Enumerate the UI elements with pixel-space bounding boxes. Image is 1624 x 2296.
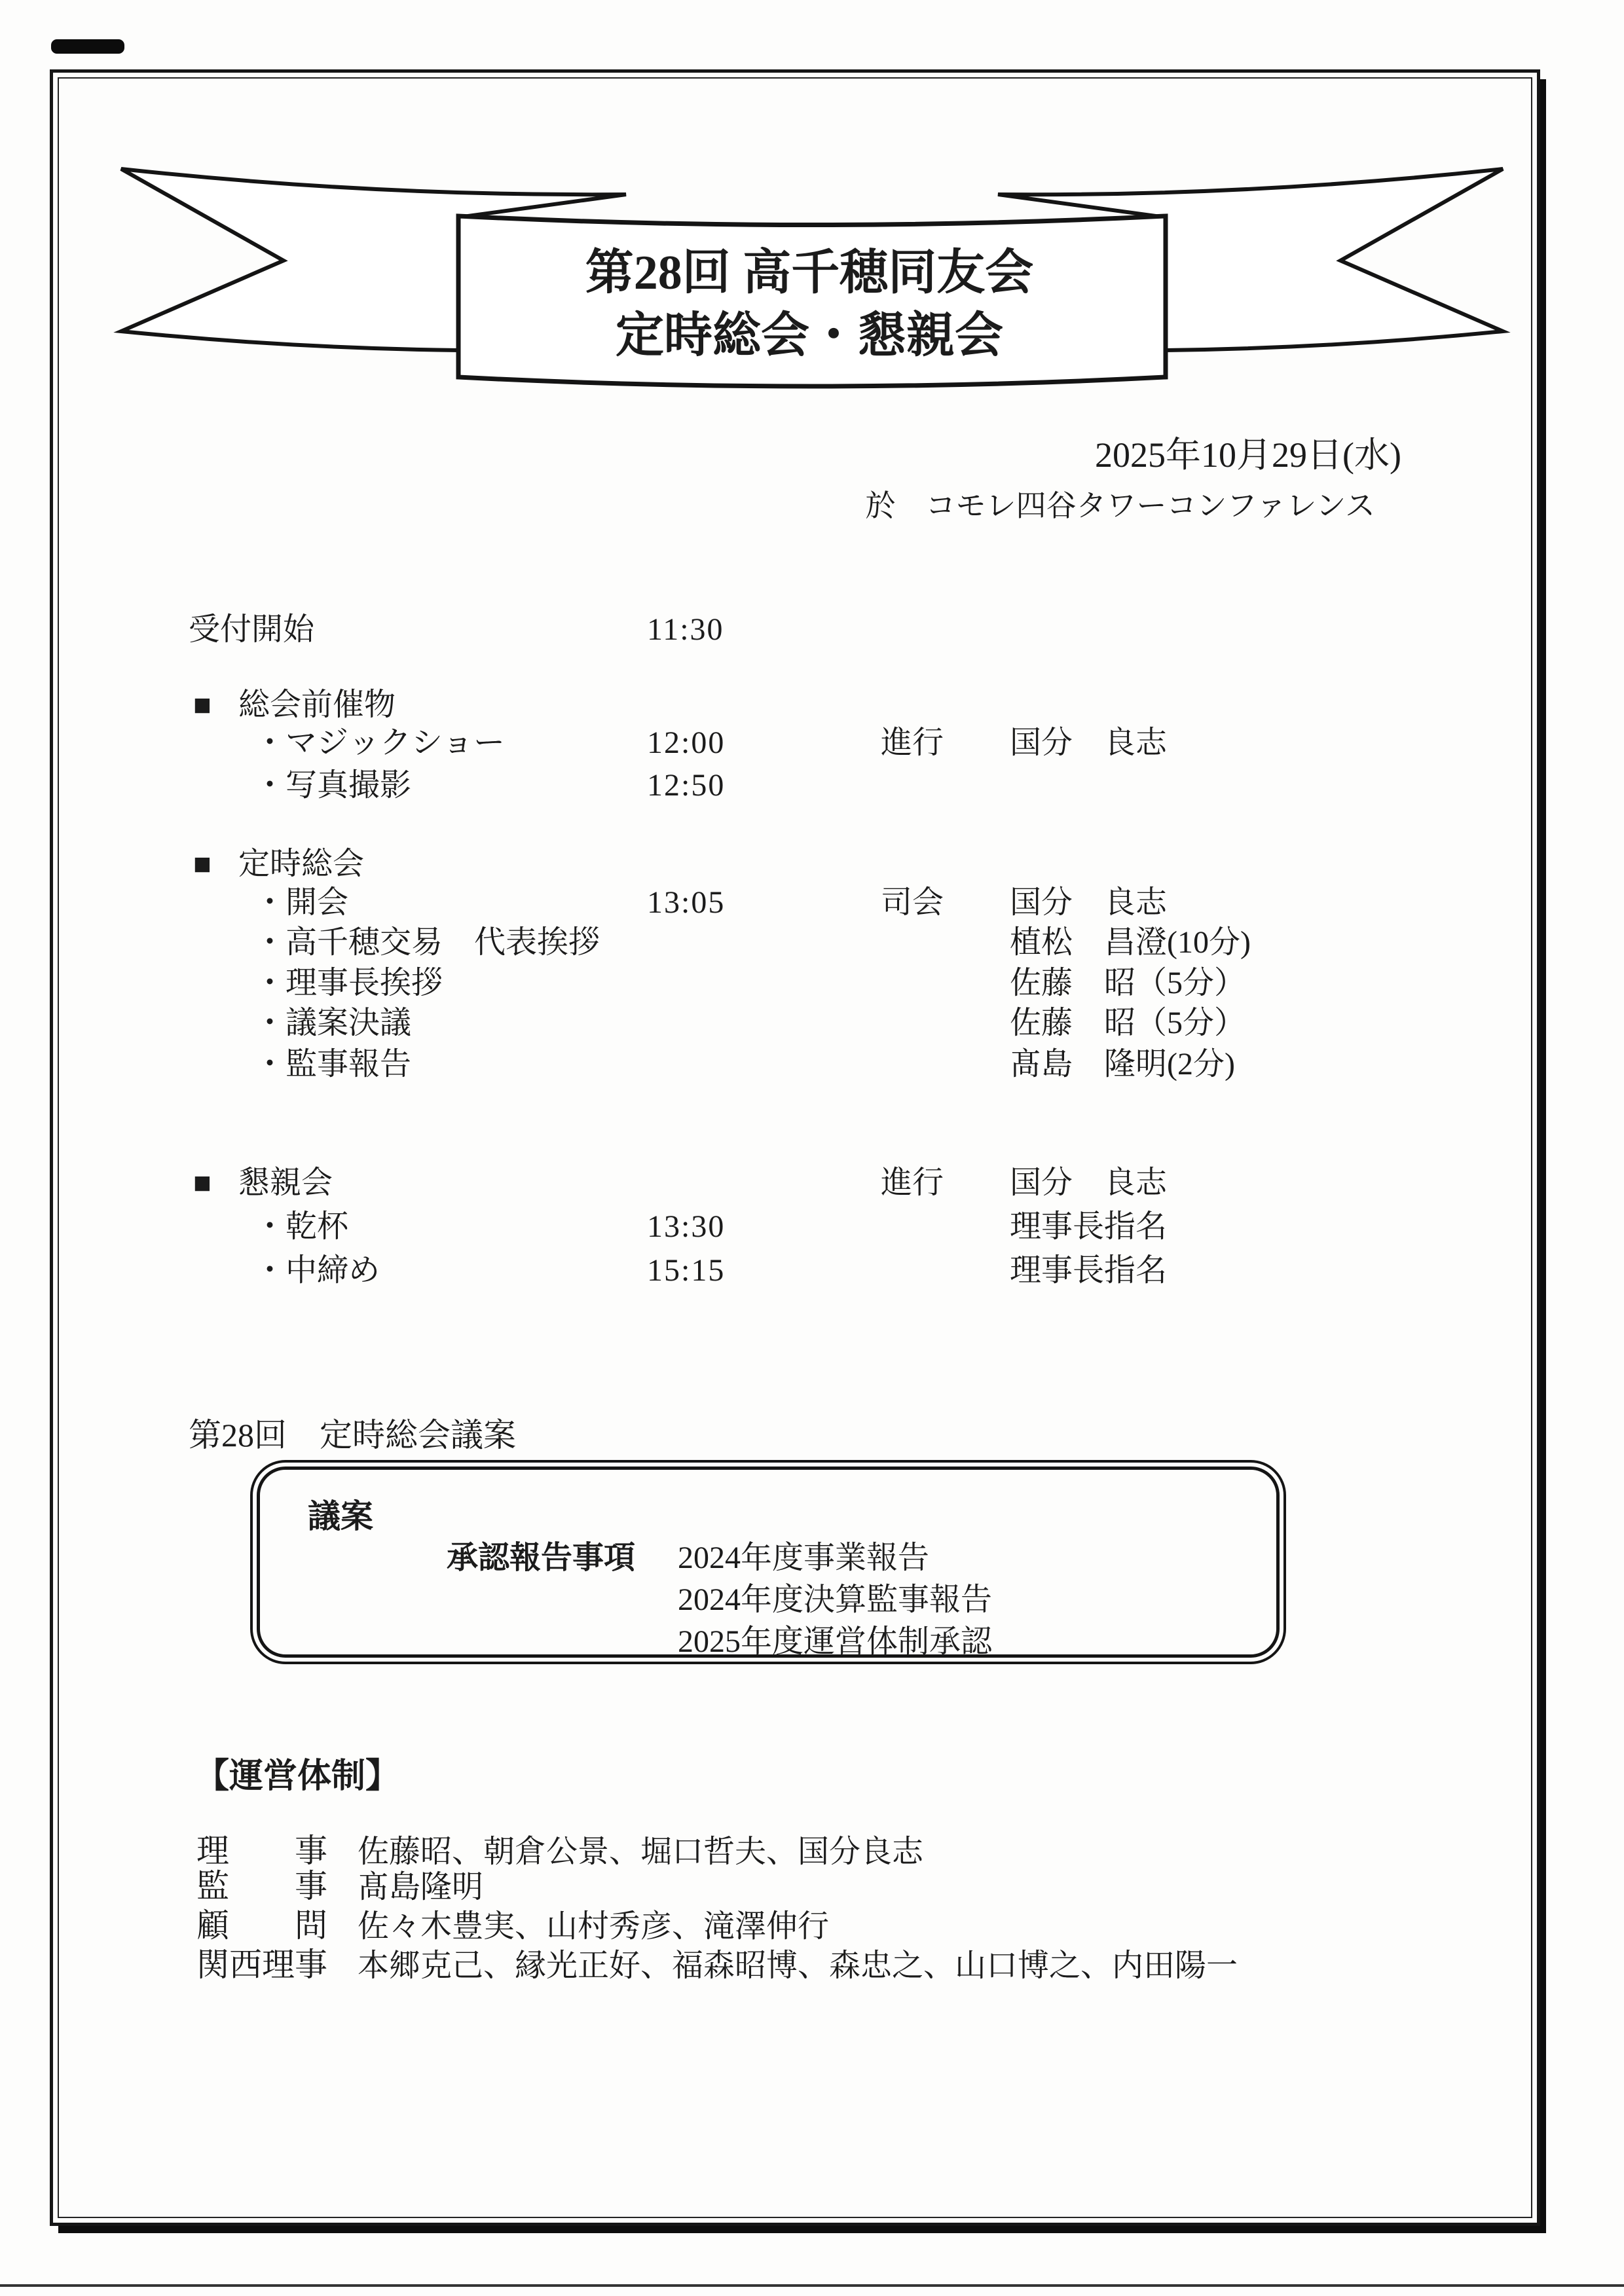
row-time: 12:00 <box>647 723 725 763</box>
row-name: 国分 良志 <box>1010 1163 1167 1203</box>
schedule-section-pre-meeting: ■ 総会前催物 <box>189 685 1472 726</box>
row-label: ・高千穂交易 代表挨拶 <box>254 923 600 962</box>
schedule-row-auditor-report: ・監事報告 髙島 隆明(2分) <box>189 1045 1472 1085</box>
schedule-row-chairman-greeting: ・理事長挨拶 佐藤 昭（5分） <box>189 964 1472 1004</box>
ribbon-banner <box>0 0 1624 458</box>
section-square-icon: ■ <box>193 845 212 884</box>
schedule-row-rep-greeting: ・高千穂交易 代表挨拶 植松 昌澄(10分) <box>189 923 1472 964</box>
row-time: 12:50 <box>647 766 725 805</box>
org-role-label: 監 事 <box>196 1867 327 1905</box>
row-name: 佐藤 昭（5分） <box>1010 964 1246 1003</box>
schedule-section-general-meeting: ■ 定時総会 <box>189 845 1472 885</box>
row-role: 進行 <box>881 723 944 763</box>
schedule-row-closing: ・中締め 15:15 理事長指名 <box>189 1251 1472 1292</box>
row-role: 進行 <box>881 1163 944 1203</box>
row-name: 国分 良志 <box>1010 883 1167 922</box>
row-name: 理事長指名 <box>1010 1251 1167 1290</box>
agenda-approval-label: 承認報告事項 <box>447 1532 635 1577</box>
row-role: 司会 <box>881 883 944 922</box>
schedule-row-toast: ・乾杯 13:30 理事長指名 <box>189 1207 1472 1248</box>
org-role-label: 顧 問 <box>196 1906 327 1944</box>
org-names: 髙島隆明 <box>358 1870 483 1904</box>
row-time: 15:15 <box>647 1251 725 1290</box>
event-venue: 於 コモレ四谷タワーコンファレンス <box>707 482 1388 525</box>
row-label: 受付開始 <box>189 610 314 649</box>
org-role-label: 関西理事 <box>196 1946 327 1984</box>
section-title: 定時総会 <box>238 845 364 884</box>
schedule-section-reception-party: ■ 懇親会 進行 国分 良志 <box>189 1163 1472 1204</box>
row-time: 13:05 <box>647 883 725 922</box>
org-names: 佐々木豊実、山村秀彦、滝澤伸行 <box>358 1909 829 1944</box>
event-date: 2025年10月29日(水) <box>720 427 1401 477</box>
section-square-icon: ■ <box>193 685 212 725</box>
row-label: ・マジックショー <box>254 723 505 763</box>
row-label: ・中締め <box>254 1251 380 1290</box>
row-name: 植松 昌澄(10分) <box>1010 923 1251 962</box>
agenda-item: 2025年度運営体制承認 <box>678 1616 992 1661</box>
agenda-heading: 第28回 定時総会議案 <box>189 1409 516 1456</box>
schedule-row-magic-show: ・マジックショー 12:00 進行 国分 良志 <box>189 723 1472 764</box>
row-time: 11:30 <box>647 610 724 649</box>
row-name: 理事長指名 <box>1010 1207 1167 1247</box>
banner-title-line2: 定時総会・懇親会 <box>485 310 1134 361</box>
section-square-icon: ■ <box>193 1163 212 1203</box>
org-names: 本郷克己、縁光正好、福森昭博、森忠之、山口博之、内田陽一 <box>358 1948 1238 1983</box>
agenda-item: 2024年度事業報告 <box>678 1532 929 1577</box>
org-row-kansai-directors: 関西理事本郷克己、縁光正好、福森昭博、森忠之、山口博之、内田陽一 <box>196 1946 1506 1985</box>
row-name: 国分 良志 <box>1010 723 1167 763</box>
agenda-box-title: 議案 <box>308 1490 373 1537</box>
scan-bottom-edge-line <box>0 2284 1624 2287</box>
section-title: 懇親会 <box>238 1163 333 1203</box>
org-row-directors: 理 事佐藤昭、朝倉公景、堀口哲夫、国分良志 <box>196 1832 1506 1871</box>
row-label: ・写真撮影 <box>254 766 411 805</box>
row-label: ・理事長挨拶 <box>254 964 443 1003</box>
section-title: 総会前催物 <box>238 685 396 725</box>
schedule-row-reception: 受付開始 11:30 <box>189 610 1472 651</box>
row-label: ・議案決議 <box>254 1004 411 1043</box>
agenda-item: 2024年度決算監事報告 <box>678 1574 992 1619</box>
banner-title-line1: 第28回 高千穂同友会 <box>485 247 1134 299</box>
row-label: ・開会 <box>254 883 348 922</box>
org-row-auditor: 監 事髙島隆明 <box>196 1867 1506 1906</box>
row-name: 佐藤 昭（5分） <box>1010 1004 1246 1043</box>
row-label: ・監事報告 <box>254 1045 411 1084</box>
row-time: 13:30 <box>647 1207 725 1247</box>
schedule-row-opening: ・開会 13:05 司会 国分 良志 <box>189 883 1472 924</box>
org-row-advisors: 顧 問佐々木豊実、山村秀彦、滝澤伸行 <box>196 1906 1506 1946</box>
schedule-row-photo: ・写真撮影 12:50 <box>189 766 1472 807</box>
row-label: ・乾杯 <box>254 1207 348 1247</box>
org-role-label: 理 事 <box>196 1832 327 1870</box>
org-names: 佐藤昭、朝倉公景、堀口哲夫、国分良志 <box>358 1834 923 1869</box>
scanned-document-page: { "document": { "title_line1": "第28回 高千穂… <box>0 0 1624 2296</box>
row-name: 髙島 隆明(2分) <box>1010 1045 1235 1084</box>
organization-heading: 【運営体制】 <box>195 1748 399 1797</box>
schedule-row-resolution: ・議案決議 佐藤 昭（5分） <box>189 1004 1472 1044</box>
